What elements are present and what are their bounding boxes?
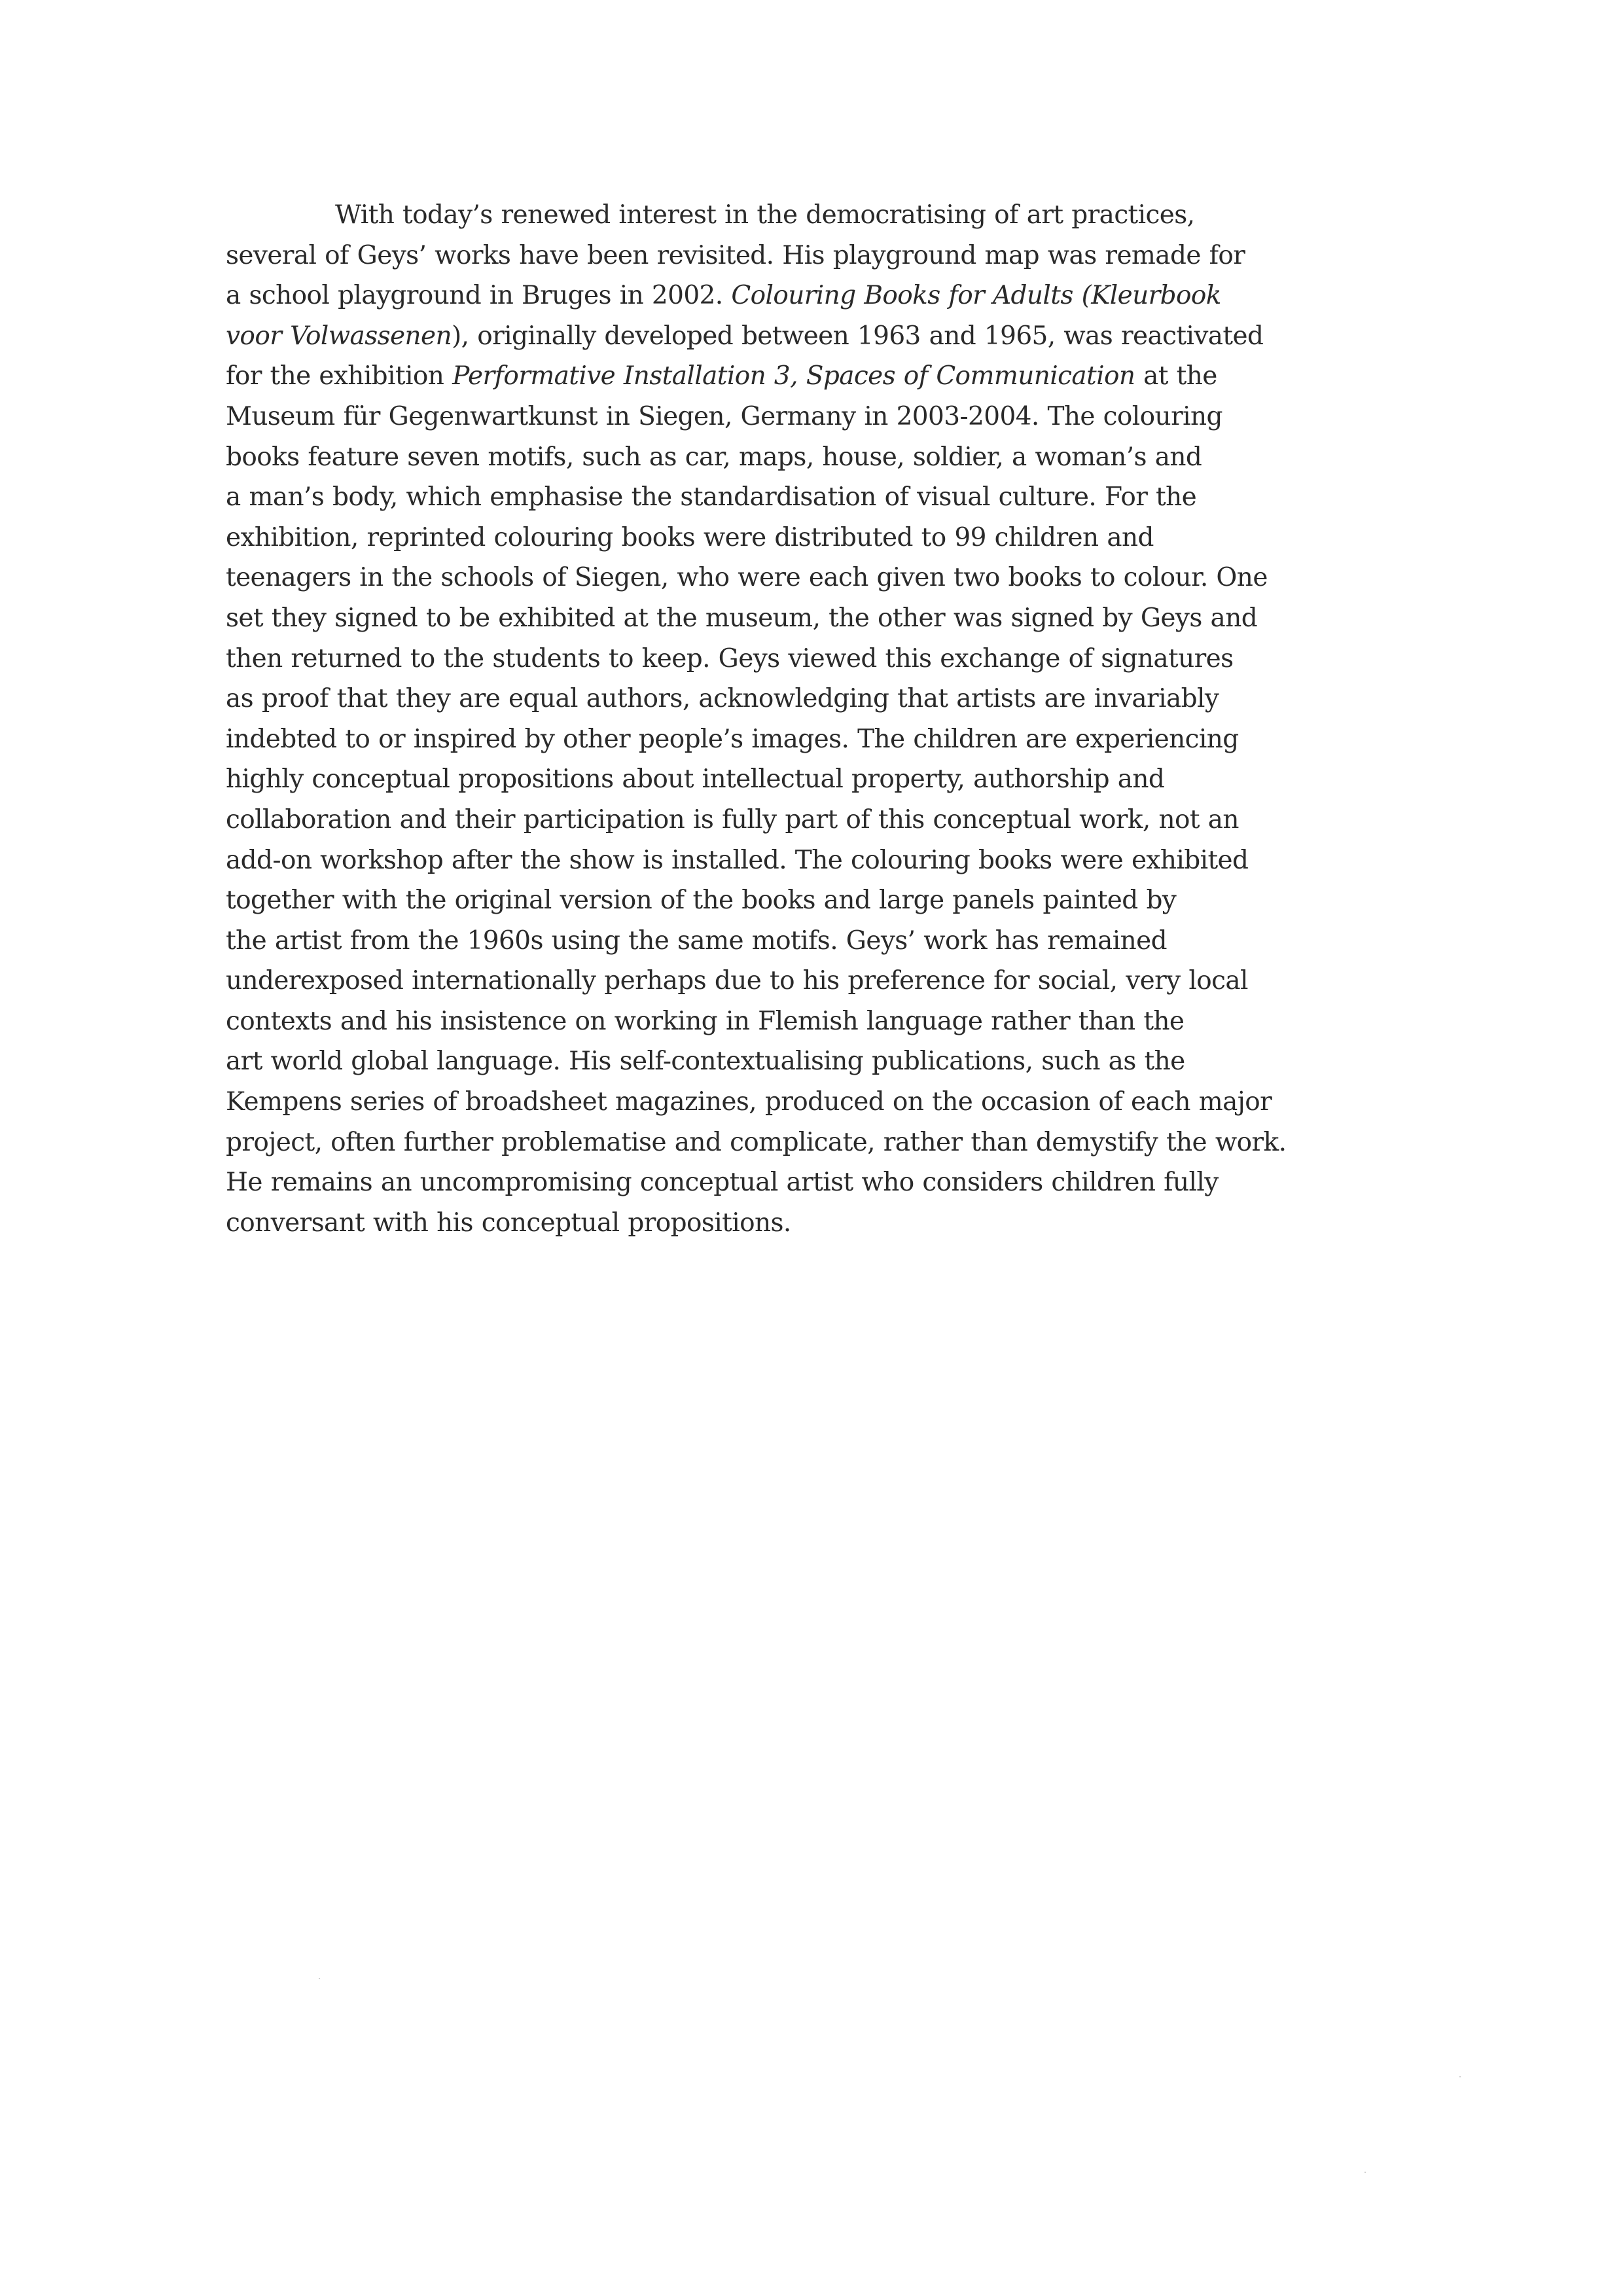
text-line: Museum für Gegenwartkunst in Siegen, Ger… [226, 397, 1469, 437]
text-line: art world global language. His self-cont… [226, 1041, 1469, 1082]
text-line: several of Geys’ works have been revisit… [226, 236, 1469, 276]
text-line: indebted to or inspired by other people’… [226, 719, 1469, 760]
text-line: as proof that they are equal authors, ac… [226, 679, 1469, 719]
text-line: contexts and his insistence on working i… [226, 1001, 1469, 1042]
text-line: exhibition, reprinted colouring books we… [226, 518, 1469, 558]
italic-title: Performative Installation 3, Spaces of C… [452, 361, 1135, 391]
body-paragraph: With today’s renewed interest in the dem… [226, 195, 1469, 1243]
text-line: add-on workshop after the show is instal… [226, 840, 1469, 881]
text-line: With today’s renewed interest in the dem… [226, 195, 1469, 236]
text-line: teenagers in the schools of Siegen, who … [226, 558, 1469, 598]
text-line: a school playground in Bruges in 2002. C… [226, 276, 1469, 316]
scan-speck [1459, 2076, 1461, 2077]
italic-title: Colouring Books for Adults (Kleurbook [731, 281, 1221, 310]
text-line: voor Volwassenen), originally developed … [226, 316, 1469, 357]
text-line: highly conceptual propositions about int… [226, 759, 1469, 800]
scan-speck [1364, 2172, 1366, 2173]
document-page: With today’s renewed interest in the dem… [0, 0, 1623, 2296]
text-line: then returned to the students to keep. G… [226, 639, 1469, 679]
text-line: a man’s body, which emphasise the standa… [226, 477, 1469, 518]
text-line: books feature seven motifs, such as car,… [226, 437, 1469, 478]
text-line: project, often further problematise and … [226, 1122, 1469, 1163]
text-line: for the exhibition Performative Installa… [226, 356, 1469, 397]
text-line: conversant with his conceptual propositi… [226, 1203, 1469, 1244]
text-line: set they signed to be exhibited at the m… [226, 598, 1469, 639]
text-line: together with the original version of th… [226, 880, 1469, 921]
text-line: collaboration and their participation is… [226, 800, 1469, 840]
text-line: Kempens series of broadsheet magazines, … [226, 1082, 1469, 1122]
italic-title: voor Volwassenen [226, 321, 452, 351]
text-line: underexposed internationally perhaps due… [226, 961, 1469, 1001]
text-line: He remains an uncompromising conceptual … [226, 1162, 1469, 1203]
text-line: the artist from the 1960s using the same… [226, 921, 1469, 961]
scan-speck [319, 1978, 320, 1979]
